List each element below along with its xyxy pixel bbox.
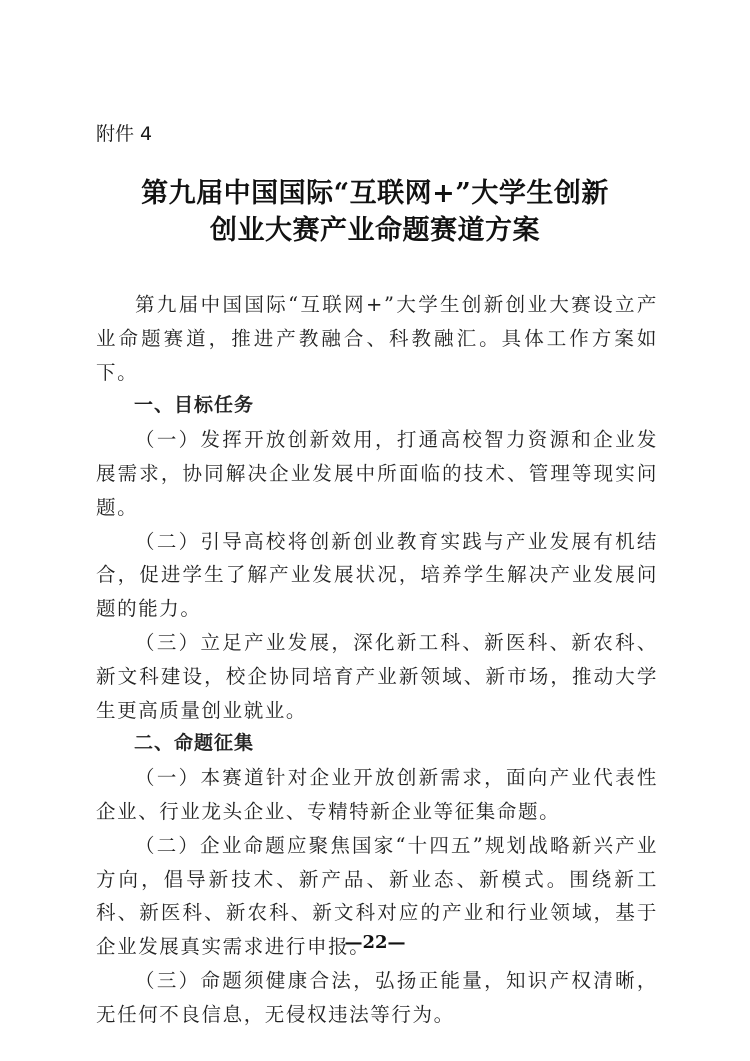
page-number: —22— (0, 931, 750, 955)
document-title: 第九届中国国际“互联网+”大学生创新 创业大赛产业命题赛道方案 (0, 175, 750, 249)
collection-paragraph-1: （一）本赛道针对企业开放创新需求，面向产业代表性企业、行业龙头企业、专精特新企业… (96, 761, 658, 829)
document-page: 附件 4 第九届中国国际“互联网+”大学生创新 创业大赛产业命题赛道方案 第九届… (0, 0, 750, 1061)
collection-paragraph-3: （三）命题须健康合法，弘扬正能量，知识产权清晰，无任何不良信息，无侵权违法等行为… (96, 964, 658, 1032)
goals-paragraph-2: （二）引导高校将创新创业教育实践与产业发展有机结合，促进学生了解产业发展状况，培… (96, 525, 658, 626)
section-heading-goals: 一、目标任务 (96, 389, 658, 423)
attachment-label: 附件 4 (96, 121, 152, 147)
title-line-1: 第九届中国国际“互联网+”大学生创新 (0, 175, 750, 212)
goals-paragraph-1: （一）发挥开放创新效用，打通高校智力资源和企业发展需求，协同解决企业发展中所面临… (96, 423, 658, 524)
title-line-2: 创业大赛产业命题赛道方案 (0, 212, 750, 249)
intro-paragraph: 第九届中国国际“互联网+”大学生创新创业大赛设立产业命题赛道，推进产教融合、科教… (96, 288, 658, 389)
section-heading-topic-collection: 二、命题征集 (96, 727, 658, 761)
goals-paragraph-3: （三）立足产业发展，深化新工科、新医科、新农科、新文科建设，校企协同培育产业新领… (96, 626, 658, 727)
document-body: 第九届中国国际“互联网+”大学生创新创业大赛设立产业命题赛道，推进产教融合、科教… (96, 288, 658, 1032)
